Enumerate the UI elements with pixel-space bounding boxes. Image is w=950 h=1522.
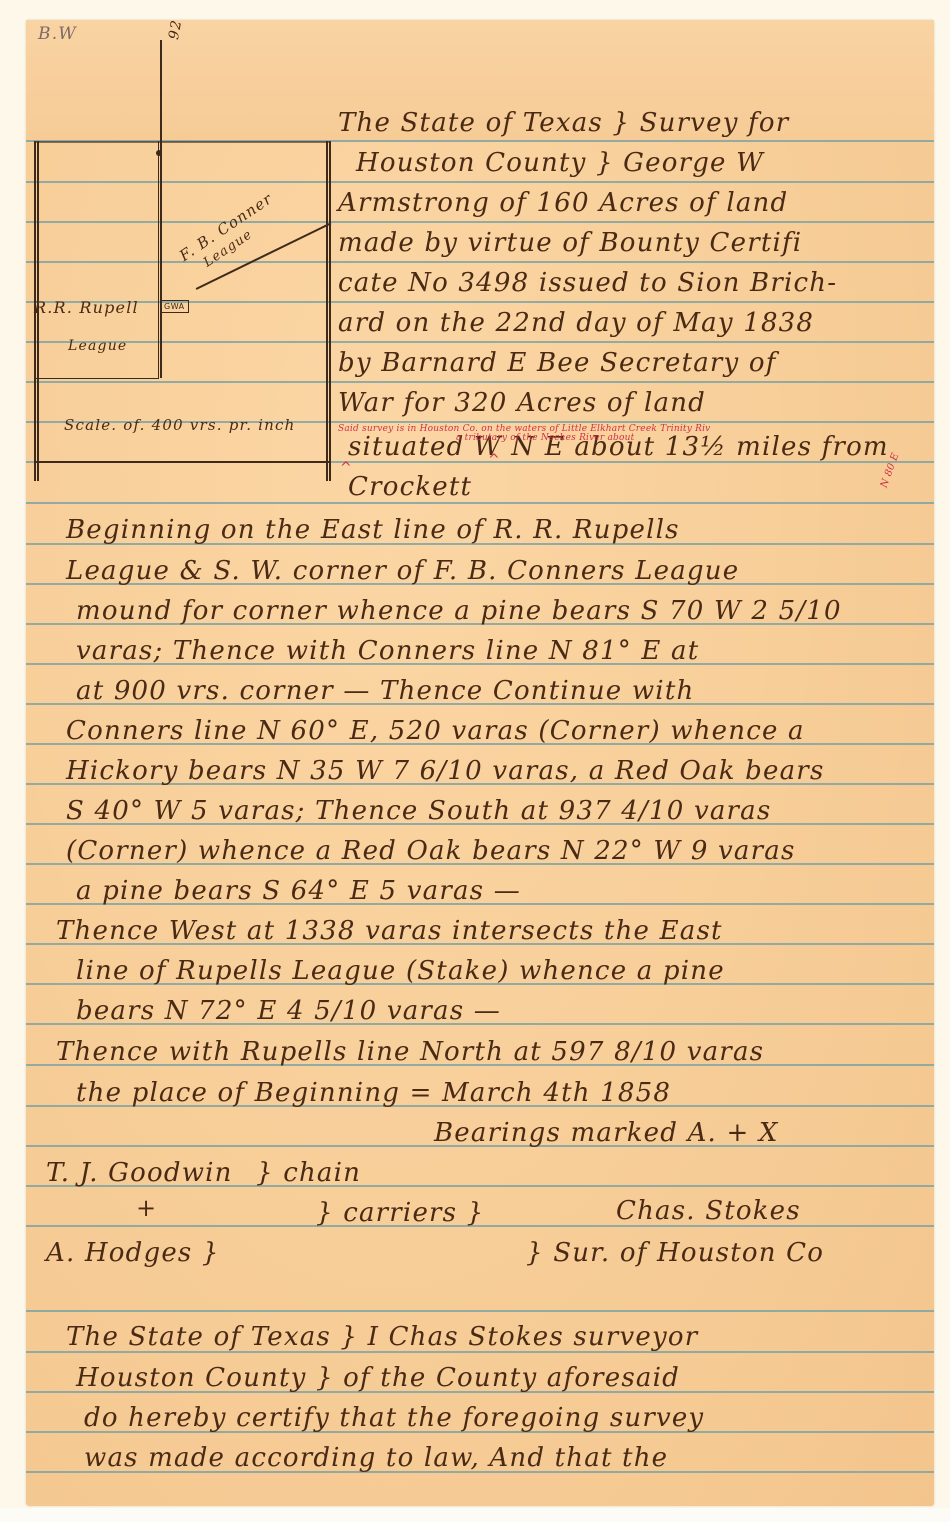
certificate-line: do hereby certify that the foregoing sur… <box>84 1403 704 1433</box>
plat-border-right-inner <box>329 141 331 481</box>
header-line: War for 320 Acres of land <box>338 388 706 418</box>
body-line: varas; Thence with Conners line N 81° E … <box>76 636 699 666</box>
body-line: line of Rupells League (Stake) whence a … <box>76 956 725 986</box>
certificate-line: Houston County } of the County aforesaid <box>76 1363 680 1393</box>
header-line: made by virtue of Bounty Certifi <box>338 228 802 258</box>
ruled-line <box>26 381 934 383</box>
header-line: cate No 3498 issued to Sion Brich- <box>338 268 837 298</box>
ruled-line <box>26 1310 934 1312</box>
scan-bottom-margin <box>0 1508 950 1522</box>
body-line: Hickory bears N 35 W 7 6/10 varas, a Red… <box>66 756 824 786</box>
header-line: Houston County } George W <box>356 148 764 178</box>
body-line: Beginning on the East line of R. R. Rupe… <box>66 515 680 545</box>
red-annotation-line-2: a tributary of the Neches River about <box>456 433 634 443</box>
header-line: Crockett <box>348 472 472 502</box>
ampersand-mark: + <box>136 1194 157 1222</box>
surveyor-title: } Sur. of Houston Co <box>526 1238 824 1268</box>
rupell-league-label: League <box>68 338 127 354</box>
body-line: S 40° W 5 varas; Thence South at 937 4/1… <box>66 796 771 826</box>
body-line: a pine bears S 64° E 5 varas — <box>76 876 521 906</box>
ruled-line <box>26 341 934 343</box>
chain-carrier-2: A. Hodges } <box>46 1238 220 1268</box>
bearings-marked-line: Bearings marked A. + X <box>434 1118 779 1148</box>
plat-border-right <box>326 141 328 481</box>
ruled-line <box>26 502 934 504</box>
corner-pencil-mark: B.W <box>38 24 77 44</box>
body-line: Thence West at 1338 varas intersects the… <box>56 916 723 946</box>
ruled-line <box>26 261 934 263</box>
rr-rupell-label: R.R. Rupell <box>34 298 139 317</box>
ruled-line <box>26 181 934 183</box>
body-line: at 900 vrs. corner — Thence Continue wit… <box>76 676 694 706</box>
north-line <box>160 40 162 378</box>
header-line: Armstrong of 160 Acres of land <box>338 188 788 218</box>
body-line: bears N 72° E 4 5/10 varas — <box>76 996 501 1026</box>
header-line: The State of Texas } Survey for <box>338 108 789 138</box>
body-line: (Corner) whence a Red Oak bears N 22° W … <box>66 836 796 866</box>
body-line: the place of Beginning = March 4th 1858 <box>76 1078 671 1108</box>
red-insertion-mark: ^ <box>340 460 352 476</box>
chain-carrier-1: T. J. Goodwin <box>46 1158 233 1188</box>
header-line: by Barnard E Bee Secretary of <box>338 348 777 378</box>
survey-box-gwa: GWA <box>160 300 189 313</box>
chain-label: } chain <box>256 1158 361 1188</box>
plat-point <box>156 150 162 156</box>
red-insertion-mark: ^ <box>488 452 500 468</box>
body-line: Conners line N 60° E, 520 varas (Corner)… <box>66 716 805 746</box>
certificate-line: was made according to law, And that the <box>84 1443 668 1473</box>
document-page: B.W 92 F. B. Conner League GWA R.R. Rupe… <box>26 20 934 1506</box>
surveyor-signature: Chas. Stokes <box>616 1196 801 1226</box>
ruled-line <box>26 221 934 223</box>
carriers-label: } carriers } <box>316 1198 484 1228</box>
certificate-line: The State of Texas } I Chas Stokes surve… <box>66 1322 698 1352</box>
body-line: mound for corner whence a pine bears S 7… <box>76 596 842 626</box>
plat-border-bottom <box>34 461 330 463</box>
plat-scale-text: Scale. of. 400 vrs. pr. inch <box>64 416 295 434</box>
header-line: ard on the 22nd day of May 1838 <box>338 308 814 338</box>
body-line: Thence with Rupells line North at 597 8/… <box>56 1037 764 1067</box>
body-line: League & S. W. corner of F. B. Conners L… <box>66 556 739 586</box>
